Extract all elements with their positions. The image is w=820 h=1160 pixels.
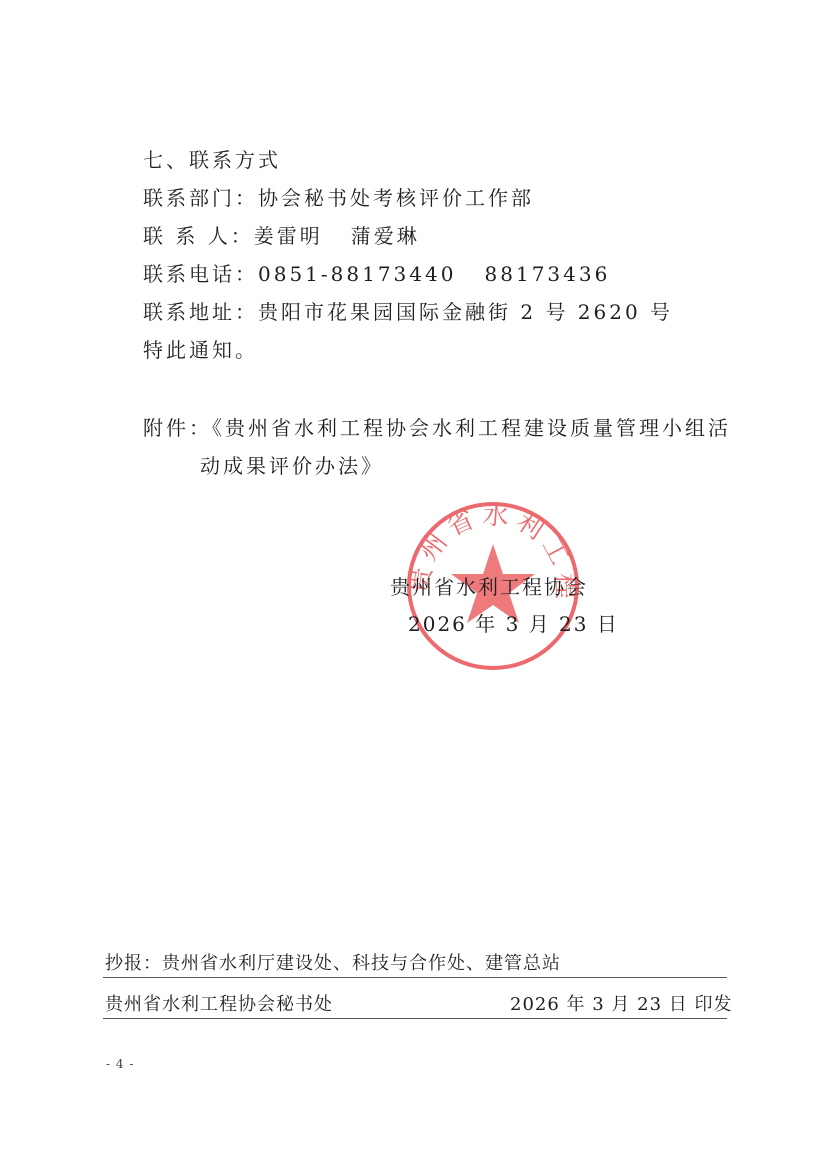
contact-person-row: 联 系 人：姜雷明 蒲爱琳 [143,222,420,250]
signature-organization: 贵州省水利工程协会 [390,573,588,601]
footer-divider-top [103,977,727,978]
cc-row: 抄报：贵州省水利厅建设处、科技与合作处、建管总站 [105,952,561,976]
attachment-row: 附件：《贵州省水利工程协会水利工程建设质量管理小组活 [143,414,731,442]
signature-date: 2026 年 3 月 23 日 [408,610,619,638]
address-value: 贵阳市花果园国际金融街 2 号 2620 号 [258,300,673,324]
phone-value: 0851-88173440 88173436 [258,262,610,286]
address-label: 联系地址： [143,300,258,324]
attachment-label: 附件： [143,416,212,440]
department-label: 联系部门： [143,186,258,210]
page-number: - 4 - [106,1057,134,1071]
section-heading: 七、联系方式 [143,146,281,174]
attachment-title-line2: 动成果评价办法》 [200,452,384,480]
contact-person-label: 联 系 人： [143,224,254,248]
issue-date: 2026 年 3 月 23 日 印发 [510,993,733,1017]
closing-text: 特此通知。 [143,336,258,364]
address-row: 联系地址：贵阳市花果园国际金融街 2 号 2620 号 [143,298,673,326]
attachment-title-line1: 《贵州省水利工程协会水利工程建设质量管理小组活 [212,416,731,440]
issuer: 贵州省水利工程协会秘书处 [105,993,333,1017]
cc-label: 抄报： [105,953,162,974]
phone-label: 联系电话： [143,262,258,286]
cc-value: 贵州省水利厅建设处、科技与合作处、建管总站 [162,953,561,974]
department-value: 协会秘书处考核评价工作部 [258,186,534,210]
contact-person-value: 姜雷明 蒲爱琳 [254,224,420,248]
department-row: 联系部门：协会秘书处考核评价工作部 [143,184,534,212]
footer-divider-bottom [103,1018,727,1019]
phone-row: 联系电话：0851-88173440 88173436 [143,260,610,288]
